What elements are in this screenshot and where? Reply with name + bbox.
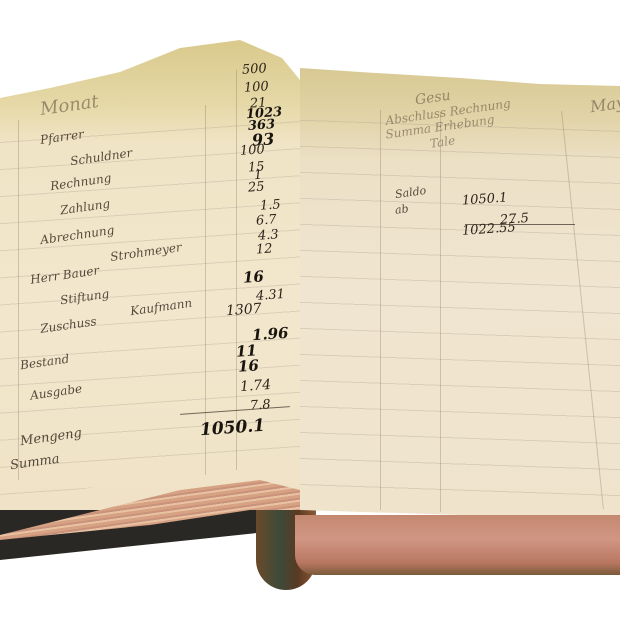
amount: 1.74 [239, 377, 271, 395]
amount: 500 [242, 61, 268, 78]
amount: 100 [240, 142, 266, 159]
amount: 100 [244, 79, 270, 96]
amount: 1050.1 [462, 190, 508, 208]
amount: 12 [255, 241, 273, 257]
right-page-edges [295, 515, 620, 575]
amount: 16 [237, 356, 259, 375]
amount: 1307 [225, 301, 262, 319]
margin-text: May [589, 93, 620, 117]
amount: 6.7 [256, 212, 278, 228]
column-rule [380, 110, 381, 510]
column-rule [440, 112, 441, 512]
amount: 1.5 [260, 197, 282, 213]
amount: 16 [242, 267, 264, 286]
ledger-photo: Monat Pfarrer Schuldner Rechnung Zahlung… [0, 0, 620, 620]
amount: 7.8 [250, 397, 272, 413]
row-label: ab [394, 202, 409, 217]
amount: 25 [247, 179, 265, 195]
column-rule [18, 120, 19, 480]
amount: 1.96 [251, 324, 289, 345]
right-page-ruling [300, 110, 620, 510]
